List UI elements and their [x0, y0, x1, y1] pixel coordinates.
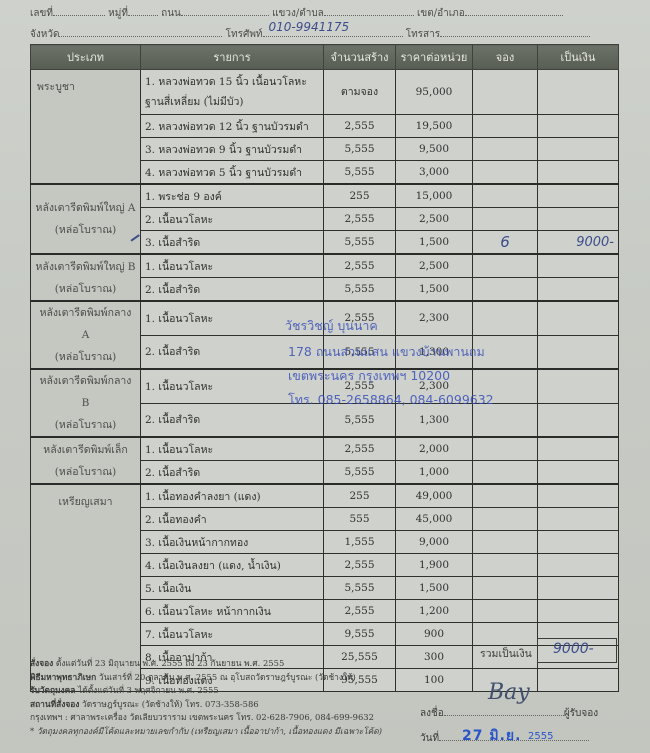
stamp-line-phone: โทร. 085-2658864, 084-6099632 — [288, 390, 494, 410]
quantity-cell: 2,555 — [324, 254, 396, 278]
phone-label: โทรศัพท์ — [226, 27, 263, 42]
quantity-cell: 255 — [324, 184, 396, 208]
stamp-line-district: เขตพระนคร กรุงเทพฯ 10200 — [288, 366, 450, 386]
unit-price-cell: 9,000 — [396, 531, 473, 554]
signature-field[interactable] — [444, 706, 564, 716]
category-label: หลังเตารีดพิมพ์ใหญ่ A — [35, 197, 136, 219]
header-unit-price: ราคาต่อหน่วย — [396, 45, 473, 70]
order-cell[interactable] — [473, 484, 538, 508]
amount-cell[interactable] — [538, 254, 619, 278]
unit-price-cell: 1,500 — [396, 278, 473, 302]
quantity-cell: 9,555 — [324, 623, 396, 646]
quantity-cell: 5,555 — [324, 278, 396, 302]
fax-label: โทรสาร — [406, 27, 440, 42]
unit-price-cell: 3,000 — [396, 161, 473, 185]
signature-value: Bay — [488, 680, 530, 705]
order-cell[interactable] — [473, 70, 538, 115]
total-value: 9000- — [553, 641, 594, 657]
item-name: 1. หลวงพ่อทวด 15 นิ้ว เนื้อนวโลหะ ฐานสี่… — [141, 70, 324, 115]
note-line: สั่งจอง ตั้งแต่วันที่ 23 มิถุนายน พ.ศ. 2… — [30, 657, 382, 671]
note-line: สถานที่สั่งจอง วัดราษฎร์บูรณะ (วัดช้างให… — [30, 698, 382, 712]
unit-price-cell: 1,200 — [396, 600, 473, 623]
category-label: (หล่อโบราณ) — [35, 414, 136, 436]
item-name: 1. เนื้อนวโลหะ — [141, 437, 324, 461]
quantity-cell: 2,555 — [324, 554, 396, 577]
date-value: 27 มิ.ย. — [462, 725, 521, 747]
phone-value: 010-9941175 — [269, 20, 350, 34]
road-label: ถนน — [161, 6, 181, 21]
order-cell[interactable] — [473, 278, 538, 302]
header-item: รายการ — [141, 45, 324, 70]
order-cell[interactable] — [473, 208, 538, 231]
fax-field[interactable] — [440, 27, 590, 37]
amount-cell[interactable] — [538, 369, 619, 403]
category-label: หลังเตารีดพิมพ์เล็ก — [35, 439, 136, 461]
item-name: 3. หลวงพ่อทวด 9 นิ้ว ฐานบัวรมดำ — [141, 138, 324, 161]
table-row: หลังเตารีดพิมพ์ใหญ่ B(หล่อโบราณ)1. เนื้อ… — [31, 254, 619, 278]
unit-price-cell: 1,500 — [396, 577, 473, 600]
total-label: รวมเป็นเงิน — [480, 645, 532, 662]
item-name: 1. พระช่อ 9 องค์ — [141, 184, 324, 208]
category-cell: หลังเตารีดพิมพ์เล็ก(หล่อโบราณ) — [31, 437, 141, 484]
order-cell[interactable] — [473, 531, 538, 554]
amount-cell[interactable] — [538, 335, 619, 369]
category-label: หลังเตารีดพิมพ์ใหญ่ B — [35, 256, 136, 278]
order-cell[interactable] — [473, 623, 538, 646]
category-label: (หล่อโบราณ) — [35, 278, 136, 300]
order-cell[interactable]: 6 — [473, 231, 538, 255]
date-label: วันที่ — [420, 733, 439, 744]
amount-cell[interactable] — [538, 161, 619, 185]
table-header-row: ประเภท รายการ จำนวนสร้าง ราคาต่อหน่วย จอ… — [31, 45, 619, 70]
unit-price-cell: 9,500 — [396, 138, 473, 161]
amount-cell[interactable] — [538, 484, 619, 508]
quantity-cell: ตามจอง — [324, 70, 396, 115]
order-cell[interactable] — [473, 138, 538, 161]
unit-price-cell: 1,900 — [396, 554, 473, 577]
order-cell[interactable] — [473, 161, 538, 185]
unit-price-cell: 2,300 — [396, 301, 473, 335]
quantity-cell: 1,555 — [324, 531, 396, 554]
amount-cell[interactable] — [538, 70, 619, 115]
village-label: หมู่ที่ — [108, 6, 128, 21]
date-year: 2555 — [528, 731, 553, 742]
order-cell[interactable] — [473, 437, 538, 461]
category-label: หลังเตารีดพิมพ์กลาง B — [35, 370, 136, 414]
item-name: 2. เนื้อสำริด — [141, 278, 324, 302]
order-cell[interactable] — [473, 600, 538, 623]
amount-cell[interactable] — [538, 600, 619, 623]
unit-price-cell: 15,000 — [396, 184, 473, 208]
header-category: ประเภท — [31, 45, 141, 70]
unit-price-cell: 900 — [396, 623, 473, 646]
road-field[interactable] — [181, 6, 269, 16]
item-name: 5. เนื้อเงิน — [141, 577, 324, 600]
house-number-label: เลขที่ — [30, 6, 53, 21]
header-quantity: จำนวนสร้าง — [324, 45, 396, 70]
item-name: 2. เนื้อสำริด — [141, 461, 324, 485]
item-name: 1. เนื้อทองคำลงยา (แดง) — [141, 484, 324, 508]
address-line-2: จังหวัด โทรศัพท์010-9941175 โทรสาร — [30, 27, 590, 42]
amount-cell[interactable] — [538, 278, 619, 302]
unit-price-cell: 1,000 — [396, 461, 473, 485]
item-name: 1. เนื้อนวโลหะ — [141, 254, 324, 278]
order-cell[interactable] — [473, 577, 538, 600]
quantity-cell: 2,555 — [324, 437, 396, 461]
order-cell[interactable] — [473, 554, 538, 577]
province-field[interactable] — [59, 27, 222, 37]
amount-cell[interactable] — [538, 184, 619, 208]
house-number-field[interactable] — [53, 6, 105, 16]
category-cell: หลังเตารีดพิมพ์กลาง A(หล่อโบราณ) — [31, 301, 141, 369]
subdistrict-label: แขวง/ตำบล — [272, 6, 324, 21]
quantity-cell: 5,555 — [324, 138, 396, 161]
amount-cell[interactable] — [538, 115, 619, 138]
category-label: (หล่อโบราณ) — [35, 346, 136, 368]
unit-price-cell: 300 — [396, 646, 473, 669]
receiver-label: ผู้รับจอง — [564, 708, 598, 719]
category-label: (หล่อโบราณ) — [35, 219, 136, 241]
order-cell[interactable] — [473, 508, 538, 531]
category-label: (หล่อโบราณ) — [35, 461, 136, 483]
note-line: * วัตถุมงคลทุกองค์มีโค้ดและหมายเลขกำกับ … — [30, 725, 382, 739]
item-name: 4. เนื้อเงินลงยา (แดง, น้ำเงิน) — [141, 554, 324, 577]
category-label: พระบูชา — [37, 76, 136, 98]
quantity-cell: 2,555 — [324, 115, 396, 138]
amount-cell[interactable] — [538, 403, 619, 437]
unit-price-cell: 45,000 — [396, 508, 473, 531]
amount-cell[interactable] — [538, 554, 619, 577]
quantity-cell: 5,555 — [324, 577, 396, 600]
phone-field[interactable]: 010-9941175 — [263, 27, 403, 37]
item-name: 4. หลวงพ่อทวด 5 นิ้ว ฐานบัวรมดำ — [141, 161, 324, 185]
signature-label: ลงชื่อ — [420, 708, 444, 719]
category-cell: หลังเตารีดพิมพ์ใหญ่ B(หล่อโบราณ) — [31, 254, 141, 301]
item-name: 7. เนื้อนวโลหะ — [141, 623, 324, 646]
order-cell[interactable] — [473, 184, 538, 208]
amount-cell[interactable]: 9000- — [538, 231, 619, 255]
district-label: เขต/อำเภอ — [417, 6, 465, 21]
quantity-cell: 2,555 — [324, 208, 396, 231]
category-cell: หลังเตารีดพิมพ์กลาง B(หล่อโบราณ) — [31, 369, 141, 437]
category-cell: พระบูชา — [31, 70, 141, 185]
amount-cell[interactable] — [538, 669, 619, 692]
table-row: หลังเตารีดพิมพ์เล็ก(หล่อโบราณ)1. เนื้อนว… — [31, 437, 619, 461]
note-line: พิธีมหาพุทธาภิเษก วันเสาร์ที่ 20 ตุลาคม … — [30, 671, 382, 685]
amount-cell[interactable] — [538, 508, 619, 531]
quantity-cell: 2,555 — [324, 600, 396, 623]
address-line-1: เลขที่ หมู่ที่ ถนน แขวง/ตำบล เขต/อำเภอ — [30, 6, 563, 21]
amount-cell[interactable] — [538, 531, 619, 554]
note-line: รับวัตถุมงคล ได้ตั้งแต่วันที่ 3 พฤศจิกาย… — [30, 684, 382, 698]
order-cell[interactable] — [473, 115, 538, 138]
category-cell: หลังเตารีดพิมพ์ใหญ่ A(หล่อโบราณ) — [31, 184, 141, 254]
note-line: กรุงเทพฯ : ศาลาพระเครื่อง วัดเลียบวราราม… — [30, 711, 382, 725]
amount-cell[interactable] — [538, 138, 619, 161]
quantity-cell: 5,555 — [324, 231, 396, 255]
amount-cell[interactable] — [538, 208, 619, 231]
item-name: 3. เนื้อสำริด — [141, 231, 324, 255]
signature-line: ลงชื่อผู้รับจอง — [420, 706, 598, 721]
quantity-cell: 5,555 — [324, 461, 396, 485]
unit-price-cell: 49,000 — [396, 484, 473, 508]
unit-price-cell: 100 — [396, 669, 473, 692]
unit-price-cell: 2,000 — [396, 437, 473, 461]
order-cell[interactable] — [473, 301, 538, 335]
item-name: 2. เนื้อทองคำ — [141, 508, 324, 531]
quantity-cell: 555 — [324, 508, 396, 531]
province-label: จังหวัด — [30, 27, 59, 42]
unit-price-cell: 2,500 — [396, 208, 473, 231]
unit-price-cell: 2,500 — [396, 254, 473, 278]
table-row: หลังเตารีดพิมพ์ใหญ่ A(หล่อโบราณ)1. พระช่… — [31, 184, 619, 208]
quantity-cell: 255 — [324, 484, 396, 508]
unit-price-cell: 19,500 — [396, 115, 473, 138]
item-name: 2. หลวงพ่อทวด 12 นิ้ว ฐานบัวรมดำ — [141, 115, 324, 138]
category-label: หลังเตารีดพิมพ์กลาง A — [35, 302, 136, 346]
amount-cell[interactable] — [538, 301, 619, 335]
order-form-page: เลขที่ หมู่ที่ ถนน แขวง/ตำบล เขต/อำเภอ จ… — [0, 0, 650, 753]
amount-cell[interactable] — [538, 437, 619, 461]
amount-cell[interactable] — [538, 577, 619, 600]
district-field[interactable] — [465, 6, 563, 16]
category-label: เหรียญเสมา — [35, 491, 136, 513]
item-name: 2. เนื้อนวโลหะ — [141, 208, 324, 231]
stamp-line-name: วัชรวิชญ์ บุนนาค — [285, 316, 378, 336]
header-order: จอง — [473, 45, 538, 70]
quantity-cell: 5,555 — [324, 161, 396, 185]
item-name: 6. เนื้อนวโลหะ หน้ากากเงิน — [141, 600, 324, 623]
order-cell[interactable] — [473, 461, 538, 485]
table-row: เหรียญเสมา1. เนื้อทองคำลงยา (แดง)25549,0… — [31, 484, 619, 508]
item-name: 3. เนื้อเงินหน้ากากทอง — [141, 531, 324, 554]
notes-block: สั่งจอง ตั้งแต่วันที่ 23 มิถุนายน พ.ศ. 2… — [30, 657, 382, 738]
subdistrict-field[interactable] — [324, 6, 414, 16]
stamp-line-address: 178 ถนนสวนแสน แขวงบ้านพานถม — [288, 342, 485, 362]
amount-cell[interactable] — [538, 461, 619, 485]
header-amount: เป็นเงิน — [538, 45, 619, 70]
order-cell[interactable] — [473, 254, 538, 278]
unit-price-cell: 95,000 — [396, 70, 473, 115]
village-field[interactable] — [128, 6, 158, 16]
unit-price-cell: 1,500 — [396, 231, 473, 255]
table-row: พระบูชา1. หลวงพ่อทวด 15 นิ้ว เนื้อนวโลหะ… — [31, 70, 619, 115]
